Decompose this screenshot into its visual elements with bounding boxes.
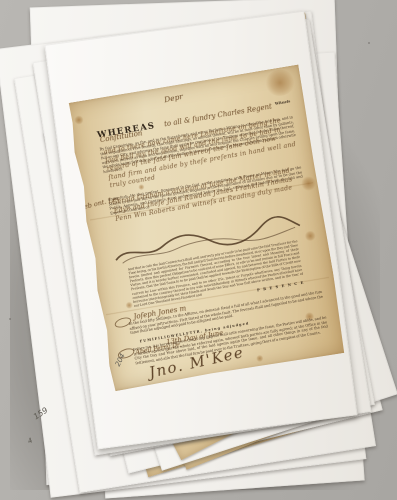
foxing-stain [74, 115, 84, 125]
foxing-stain [125, 301, 133, 309]
photo-document-stack: 159 4 Depr WHEREAS to all & ſundry Charl… [0, 0, 397, 500]
foxing-stain [256, 354, 264, 362]
pencil-number-204: 204 [114, 352, 127, 368]
handwritten-top-script: Depr [163, 92, 183, 105]
background-speck [368, 42, 370, 44]
foxing-stain [304, 230, 316, 242]
